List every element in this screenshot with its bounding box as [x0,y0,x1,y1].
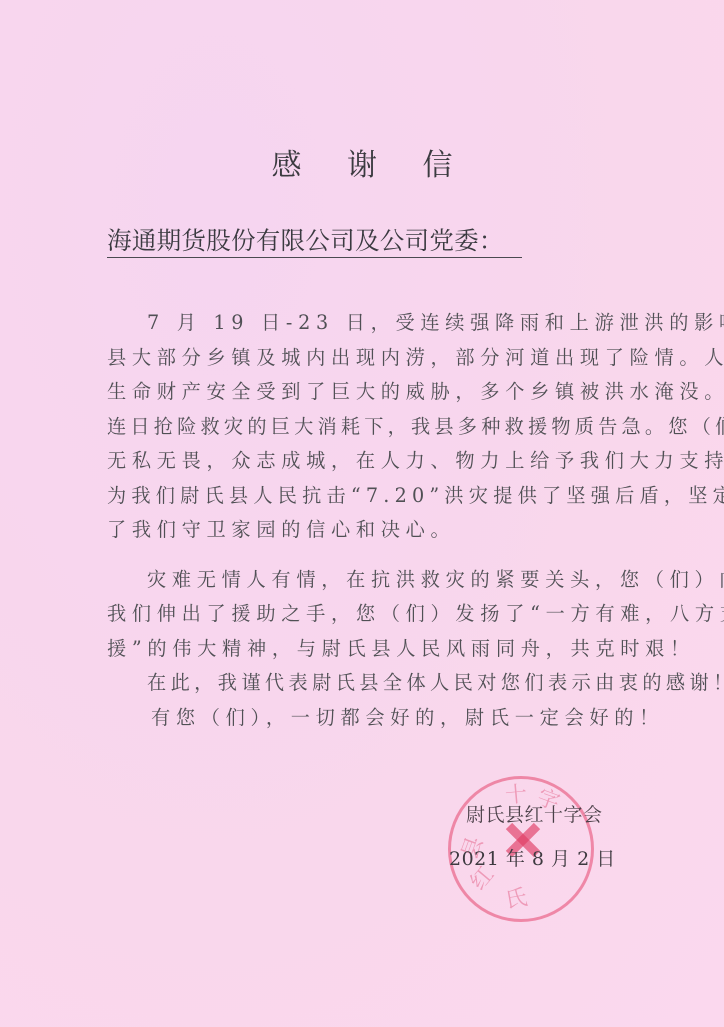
body-line: 援”的伟大精神，与尉氏县人民风雨同舟，共克时艰！ [107,632,612,667]
seal-char: 氏 [502,880,529,914]
letter-title: 感 谢 信 [0,140,724,184]
body-line: 有您（们），一切都会好的，尉氏一定会好的！ [107,701,612,736]
thank-you-letter: 感 谢 信 海通期货股份有限公司及公司党委： 7 月 19 日-23 日，受连续… [0,0,724,1027]
body-line: 在此，我谨代表尉氏县全体人民对您们表示由衷的感谢！ [107,666,612,701]
letter-date: 2021 年 8 月 2 日 [449,844,616,871]
body-line: 7 月 19 日-23 日，受连续强降雨和上游泄洪的影响，我 [107,306,612,341]
letter-body: 7 月 19 日-23 日，受连续强降雨和上游泄洪的影响，我 县大部分乡镇及城内… [107,306,612,735]
body-line: 县大部分乡镇及城内出现内涝，部分河道出现了险情。人民 [107,341,612,376]
body-line: 为我们尉氏县人民抗击“7.20”洪灾提供了坚强后盾，坚定 [107,479,612,514]
body-line: 了我们守卫家园的信心和决心。 [107,513,612,548]
addressee: 海通期货股份有限公司及公司党委： [107,226,522,258]
signature-organization: 尉氏县红十字会 [466,800,603,827]
body-line: 灾难无情人有情，在抗洪救灾的紧要关头，您（们）向 [107,563,612,598]
body-line: 生命财产安全受到了巨大的威胁，多个乡镇被洪水淹没。在 [107,375,612,410]
body-line: 我们伸出了援助之手，您（们）发扬了“一方有难，八方支 [107,597,612,632]
body-line: 连日抢险救灾的巨大消耗下，我县多种救援物质告急。您（们） [107,410,612,445]
body-line: 无私无畏，众志成城，在人力、物力上给予我们大力支持， [107,444,612,479]
